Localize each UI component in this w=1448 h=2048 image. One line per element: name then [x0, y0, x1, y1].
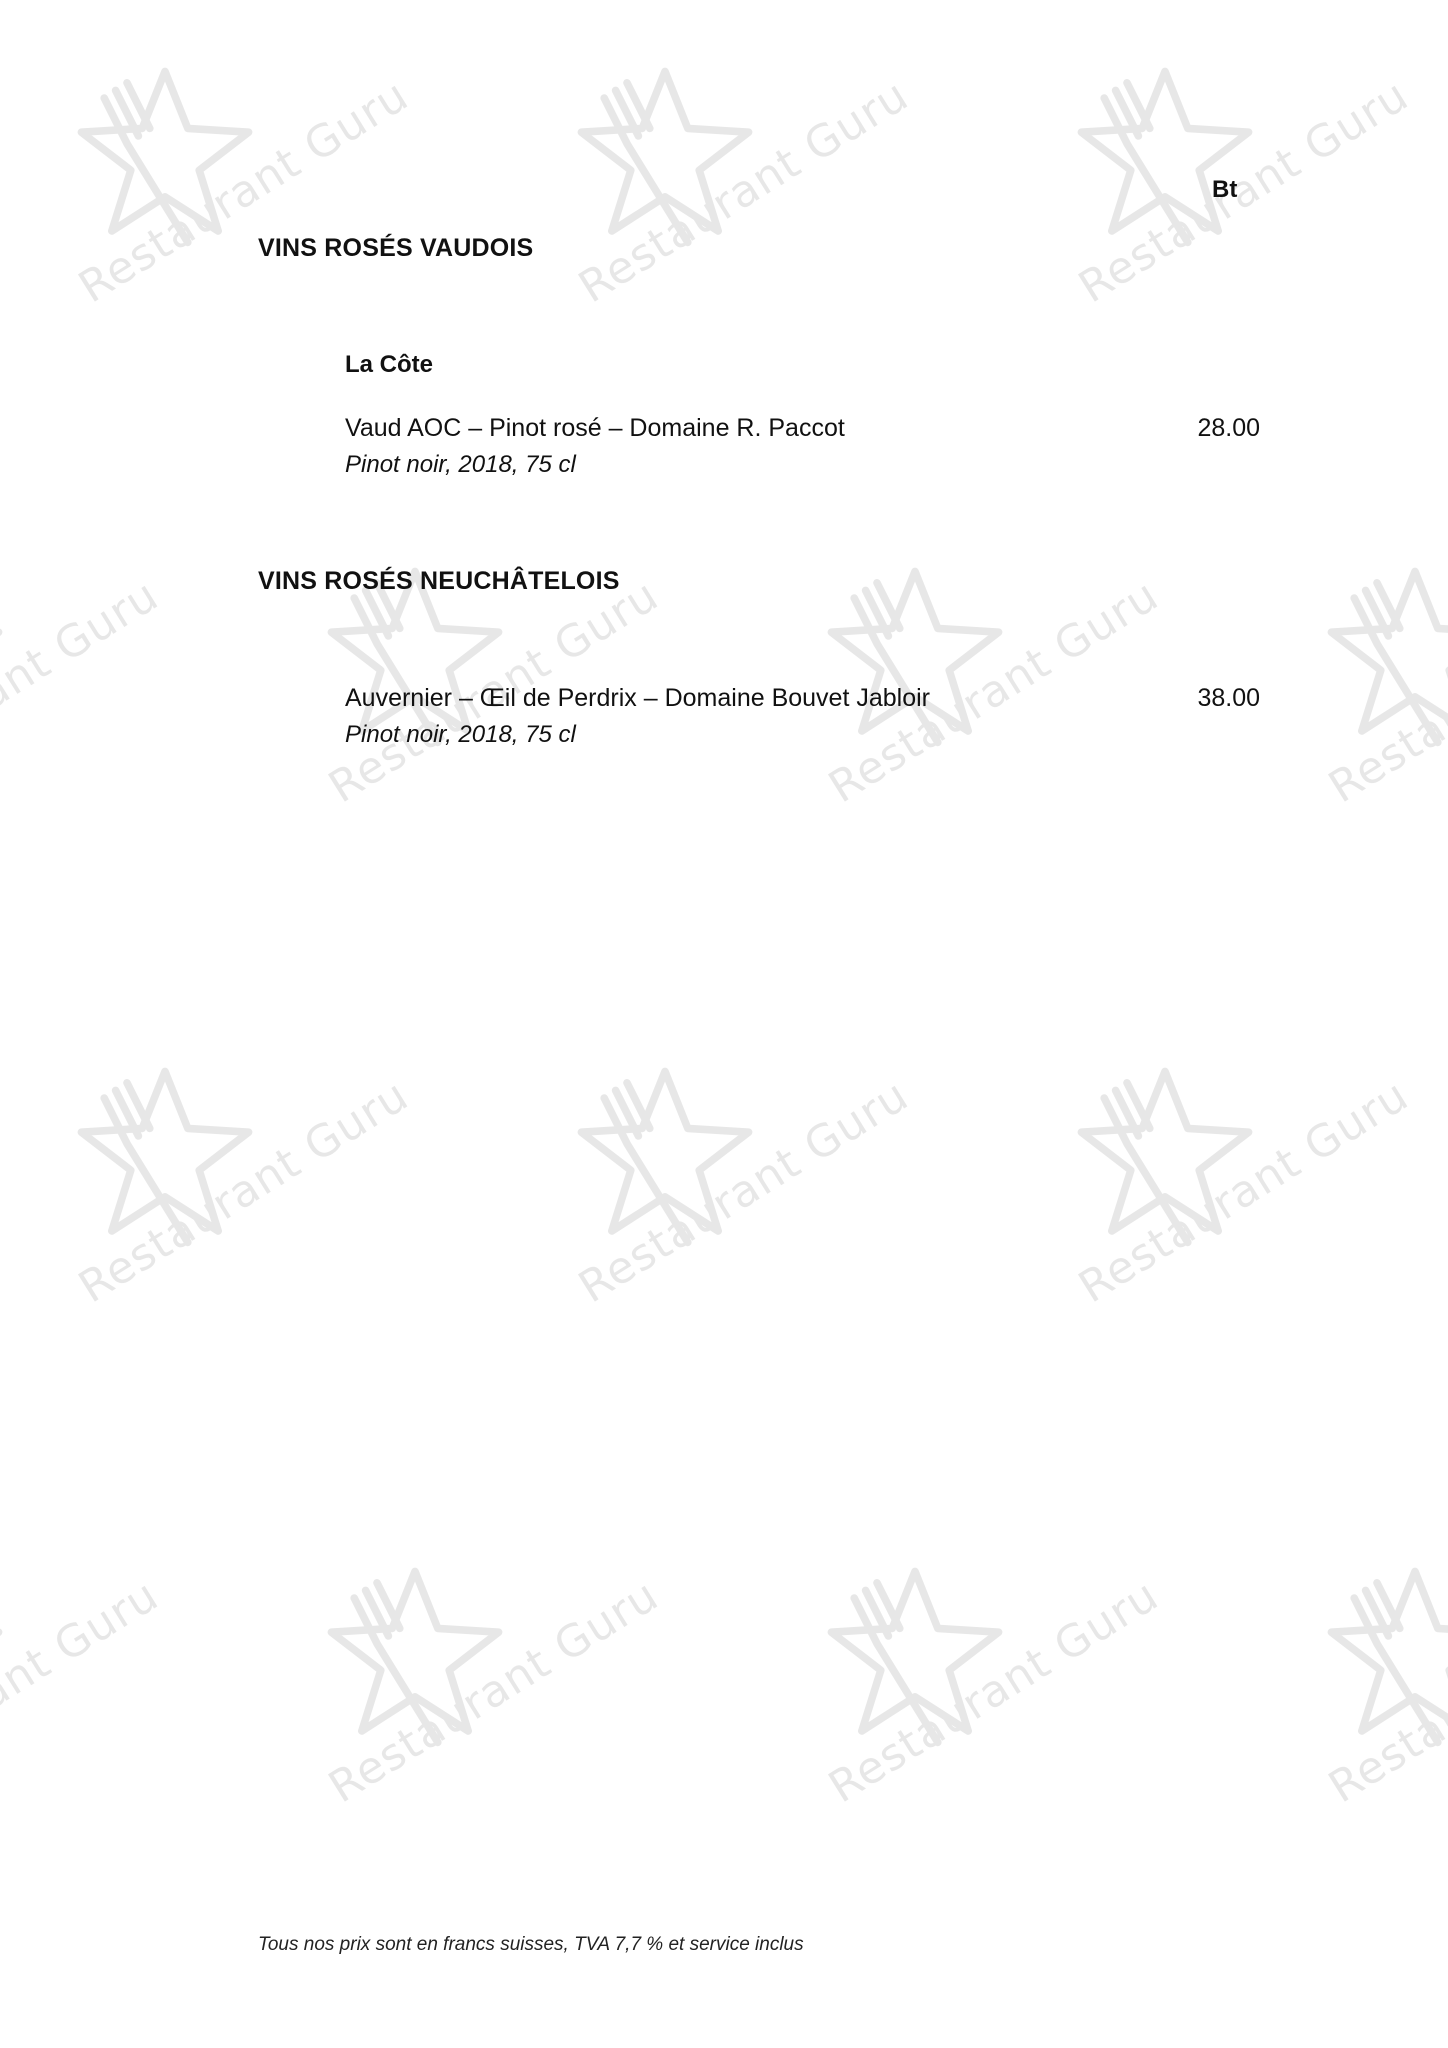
- wine-description: Pinot noir, 2018, 75 cl: [345, 447, 1260, 483]
- price-footnote: Tous nos prix sont en francs suisses, TV…: [258, 1934, 804, 1956]
- section-title-vins-roses-neuchatelois: VINS ROSÉS NEUCHÂTELOIS: [258, 567, 620, 596]
- region-subtitle-la-cote: La Côte: [345, 351, 433, 379]
- bottle-price-column-header: Bt: [1212, 176, 1237, 204]
- wine-price: 28.00: [1197, 409, 1260, 447]
- wine-name: Auvernier – Œil de Perdrix – Domaine Bou…: [345, 679, 1260, 717]
- wine-item: Auvernier – Œil de Perdrix – Domaine Bou…: [345, 679, 1260, 753]
- menu-page: Bt VINS ROSÉS VAUDOIS La Côte Vaud AOC –…: [0, 0, 1448, 2048]
- wine-description: Pinot noir, 2018, 75 cl: [345, 717, 1260, 753]
- wine-name: Vaud AOC – Pinot rosé – Domaine R. Pacco…: [345, 409, 1260, 447]
- section-title-vins-roses-vaudois: VINS ROSÉS VAUDOIS: [258, 234, 533, 263]
- wine-price: 38.00: [1197, 679, 1260, 717]
- wine-item: Vaud AOC – Pinot rosé – Domaine R. Pacco…: [345, 409, 1260, 483]
